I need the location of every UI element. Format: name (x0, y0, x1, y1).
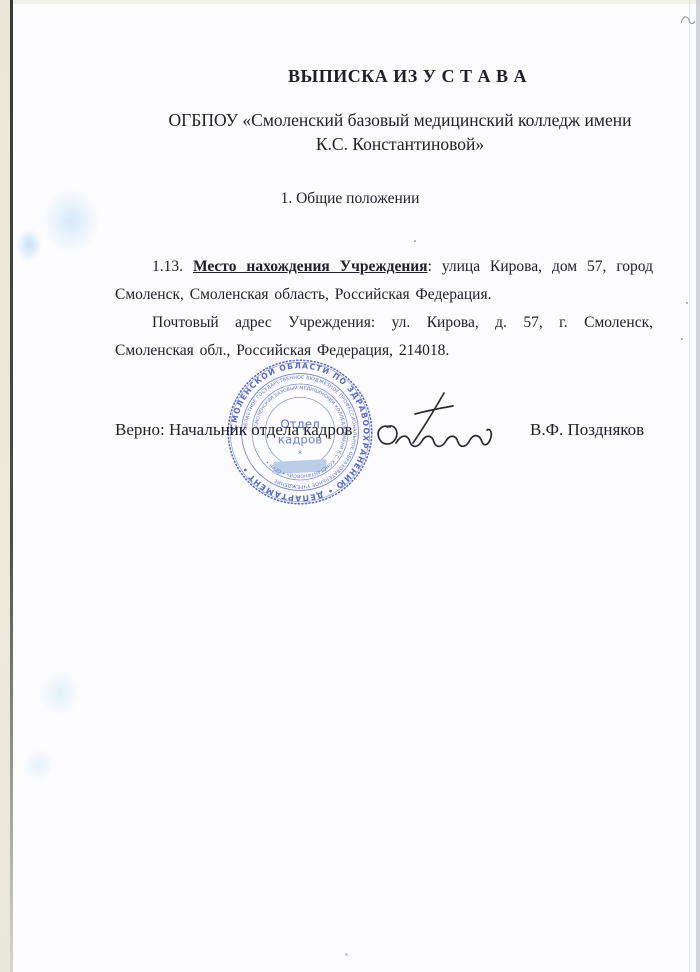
handwritten-signature (356, 390, 496, 470)
scan-smudge (40, 670, 80, 716)
stamp-center-star: * (298, 450, 302, 459)
scan-edge-left-line (10, 0, 13, 972)
clause-emphasis: Место нахождения Учреждения (193, 258, 428, 275)
document-title: ВЫПИСКА ИЗ У С Т А В А (115, 66, 700, 87)
scan-speck (414, 240, 416, 242)
scan-edge-top (0, 0, 700, 4)
section-heading: 1. Общие положении (0, 190, 700, 208)
paragraph-location: 1.13. Место нахождения Учреждения: улица… (115, 253, 653, 309)
scan-edge-left (0, 0, 10, 972)
document-body: 1.13. Место нахождения Учреждения: улица… (115, 253, 653, 365)
scan-speck (686, 302, 688, 304)
scan-speck (345, 953, 348, 956)
scan-speck (681, 338, 683, 340)
signer-name: В.Ф. Поздняков (530, 420, 644, 440)
paragraph-postal-address: Почтовый адрес Учреждения: ул. Кирова, д… (115, 309, 653, 365)
organization-name: ОГБПОУ «Смоленский базовый медицинский к… (100, 108, 700, 156)
clause-number: 1.13. (152, 258, 193, 275)
scan-smudge (16, 228, 42, 262)
organization-name-line2: К.С. Константиновой» (100, 132, 700, 156)
certify-label: Верно: Начальник отдела кадров (115, 420, 352, 440)
scan-smudge (24, 748, 54, 782)
organization-name-line1: ОГБПОУ «Смоленский базовый медицинский к… (100, 108, 700, 132)
scanned-document-page: ВЫПИСКА ИЗ У С Т А В А ОГБПОУ «Смоленски… (0, 0, 700, 972)
scan-curl-mark (680, 14, 696, 28)
